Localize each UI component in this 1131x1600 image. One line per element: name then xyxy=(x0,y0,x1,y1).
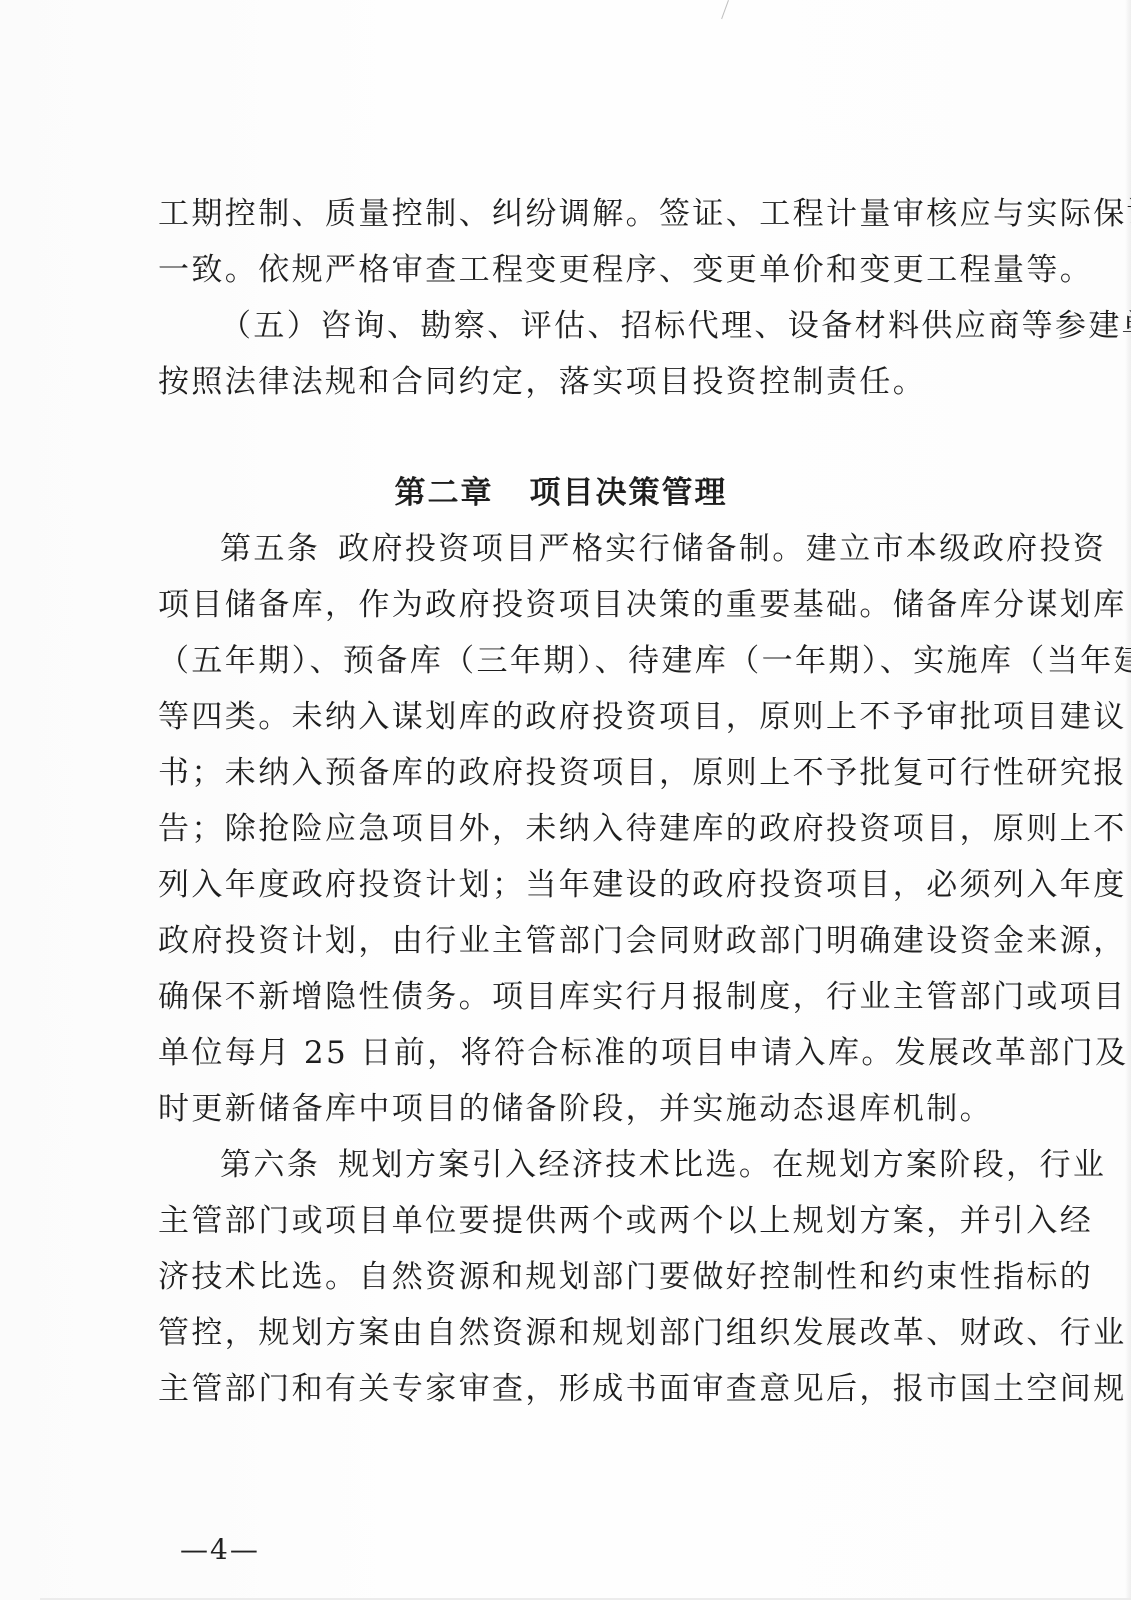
document-body: 工期控制、质量控制、纠纷调解。签证、工程计量审核应与实际保证 一致。依规严格审查… xyxy=(158,186,964,1417)
section-spacer xyxy=(158,410,964,465)
article-label: 第五条 xyxy=(220,531,320,567)
text-line: （五）咨询、勘察、评估、招标代理、设备材料供应商等参建单位 xyxy=(158,298,964,354)
document-page: 工期控制、质量控制、纠纷调解。签证、工程计量审核应与实际保证 一致。依规严格审查… xyxy=(0,0,1131,1600)
article-text: 规划方案引入经济技术比选。在规划方案阶段，行业 xyxy=(338,1147,1106,1183)
text-line: 管控，规划方案由自然资源和规划部门组织发展改革、财政、行业 xyxy=(158,1305,964,1361)
chapter-title: 项目决策管理 xyxy=(530,475,728,511)
text-line: 一致。依规严格审查工程变更程序、变更单价和变更工程量等。 xyxy=(158,242,964,298)
text-line: 书；未纳入预备库的政府投资项目，原则上不予批复可行性研究报 xyxy=(158,745,964,801)
text-line: 工期控制、质量控制、纠纷调解。签证、工程计量审核应与实际保证 xyxy=(158,186,964,242)
text-line: 济技术比选。自然资源和规划部门要做好控制性和约束性指标的 xyxy=(158,1249,964,1305)
text-line: 告；除抢险应急项目外，未纳入待建库的政府投资项目，原则上不 xyxy=(158,801,964,857)
text-line: 时更新储备库中项目的储备阶段，并实施动态退库机制。 xyxy=(158,1081,964,1137)
text-line: 确保不新增隐性债务。项目库实行月报制度，行业主管部门或项目 xyxy=(158,969,964,1025)
text-line: 第五条 政府投资项目严格实行储备制。建立市本级政府投资 xyxy=(158,521,964,577)
text-line: 主管部门和有关专家审查，形成书面审查意见后，报市国土空间规 xyxy=(158,1361,964,1417)
text-line: 列入年度政府投资计划；当年建设的政府投资项目，必须列入年度 xyxy=(158,857,964,913)
article-label: 第六条 xyxy=(220,1147,320,1183)
text-line: 第六条 规划方案引入经济技术比选。在规划方案阶段，行业 xyxy=(158,1137,964,1193)
text-line: 等四类。未纳入谋划库的政府投资项目，原则上不予审批项目建议 xyxy=(158,689,964,745)
article-text: 政府投资项目严格实行储备制。建立市本级政府投资 xyxy=(338,531,1106,567)
text-line: （五年期）、预备库（三年期）、待建库（一年期）、实施库（当年建设） xyxy=(158,633,964,689)
text-line: 按照法律法规和合同约定，落实项目投资控制责任。 xyxy=(158,354,964,410)
chapter-number: 第二章 xyxy=(395,475,494,511)
page-number: —4— xyxy=(180,1530,260,1570)
paragraph-item-5: （五）咨询、勘察、评估、招标代理、设备材料供应商等参建单位 按照法律法规和合同约… xyxy=(158,298,964,410)
article-6: 第六条 规划方案引入经济技术比选。在规划方案阶段，行业 主管部门或项目单位要提供… xyxy=(158,1137,964,1417)
text-line: 单位每月 25 日前，将符合标准的项目申请入库。发展改革部门及 xyxy=(158,1025,964,1081)
text-line: 项目储备库，作为政府投资项目决策的重要基础。储备库分谋划库 xyxy=(158,577,964,633)
article-5: 第五条 政府投资项目严格实行储备制。建立市本级政府投资 项目储备库，作为政府投资… xyxy=(158,521,964,1137)
scan-artifact-mark xyxy=(721,0,729,19)
page-right-edge xyxy=(1125,0,1131,1600)
chapter-heading: 第二章项目决策管理 xyxy=(158,465,964,521)
text-line: 主管部门或项目单位要提供两个或两个以上规划方案，并引入经 xyxy=(158,1193,964,1249)
paragraph-continuation: 工期控制、质量控制、纠纷调解。签证、工程计量审核应与实际保证 一致。依规严格审查… xyxy=(158,186,964,298)
text-line: 政府投资计划，由行业主管部门会同财政部门明确建设资金来源， xyxy=(158,913,964,969)
